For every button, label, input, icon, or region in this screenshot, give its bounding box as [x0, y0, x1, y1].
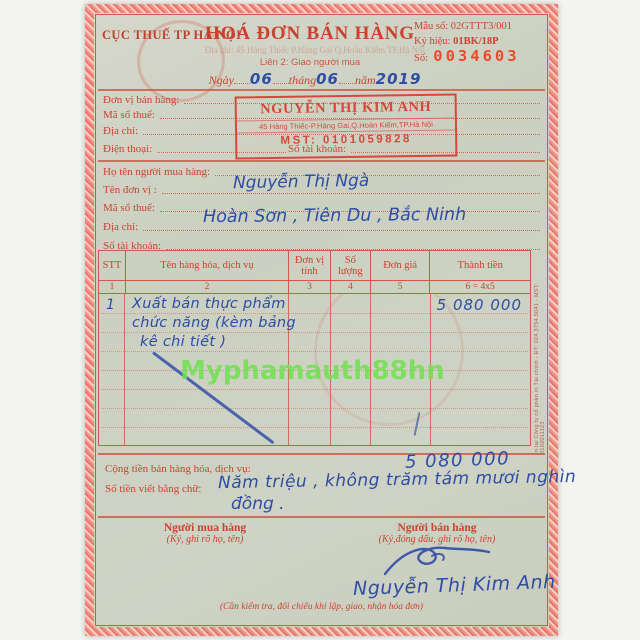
invoice-title: HOÁ ĐƠN BÁN HÀNG	[190, 23, 430, 45]
handwritten-year: 2019	[376, 70, 422, 88]
invoice-number-line: Số: 0034603	[414, 49, 542, 66]
stamp-seller-name: NGUYỄN THỊ KIM ANH	[237, 98, 455, 118]
handwritten-buyer-address: Hoàn Sơn , Tiên Du , Bắc Ninh	[203, 205, 466, 227]
amount-in-words-label: Số tiền viết bằng chữ:	[105, 483, 201, 495]
col-header-description: Tên hàng hóa, dịch vụ	[125, 251, 288, 280]
col-header-unit: Đơn vị tính	[288, 251, 330, 280]
stamp-seller-mst: MST: 0101059828	[237, 132, 455, 147]
photo-of-invoice: CỤC THUẾ TP HÀ NỘI HOÁ ĐƠN BÁN HÀNG Địa …	[0, 0, 640, 640]
handwritten-buyer-name: Nguyễn Thị Ngà	[233, 171, 370, 193]
green-watermark: Myphamauth88hn	[180, 356, 445, 386]
item-1-amount: 5 080 000	[437, 296, 522, 314]
invoice-date-line: Ngày06tháng06năm2019	[175, 70, 455, 88]
invoice-document: CỤC THUẾ TP HÀ NỘI HOÁ ĐƠN BÁN HÀNG Địa …	[85, 4, 558, 636]
section-divider	[98, 89, 545, 91]
handwritten-day: 06	[250, 70, 273, 88]
copy-note: Liên 2: Giao người mua	[190, 57, 430, 68]
buyer-signature-block: Người mua hàng (Ký, ghi rõ họ, tên)	[115, 522, 295, 545]
stamp-seller-address: 45 Hàng Thiếc-P.Hàng Gai,Q.Hoàn Kiếm,TP.…	[237, 117, 455, 133]
invoice-number: 0034603	[433, 47, 519, 65]
col-header-quantity: Số lượng	[330, 251, 370, 280]
buyer-signature-title: Người mua hàng	[115, 522, 295, 534]
seller-rectangular-stamp: NGUYỄN THỊ KIM ANH 45 Hàng Thiếc-P.Hàng …	[235, 93, 458, 159]
col-header-amount: Thành tiền	[429, 251, 530, 280]
seller-signature-title: Người bán hàng	[347, 522, 527, 534]
handwritten-month: 06	[316, 70, 339, 88]
section-divider	[98, 516, 545, 518]
items-table: STT Tên hàng hóa, dịch vụ Đơn vị tính Số…	[98, 250, 531, 446]
handwritten-amount-words-line1: Năm triệu , không trăm tám mươi nghìn	[218, 467, 576, 493]
printer-info-vertical-text: In tại Công ty cổ phần in Tài chính - ĐT…	[534, 254, 546, 454]
table-header-row: STT Tên hàng hóa, dịch vụ Đơn vị tính Số…	[98, 250, 531, 281]
section-divider	[98, 160, 545, 162]
footer-note: (Cần kiểm tra, đối chiếu khi lập, giao, …	[85, 602, 558, 612]
buyer-signature-instruction: (Ký, ghi rõ họ, tên)	[115, 534, 295, 545]
handwritten-amount-words-line2: đồng .	[231, 494, 285, 514]
column-number-row: 1 2 3 4 5 6 = 4x5	[98, 281, 531, 294]
invoice-meta: Mẫu số: 02GTTT3/001 Ký hiệu: 01BK/18P Số…	[414, 19, 542, 66]
col-header-stt: STT	[99, 251, 125, 280]
col-header-unit-price: Đơn giá	[370, 251, 430, 280]
form-number-line: Mẫu số: 02GTTT3/001	[414, 19, 542, 34]
item-1-description: Xuất bán thực phẩm chức năng (kèm bảng k…	[132, 295, 296, 352]
item-1-stt: 1	[106, 297, 115, 313]
